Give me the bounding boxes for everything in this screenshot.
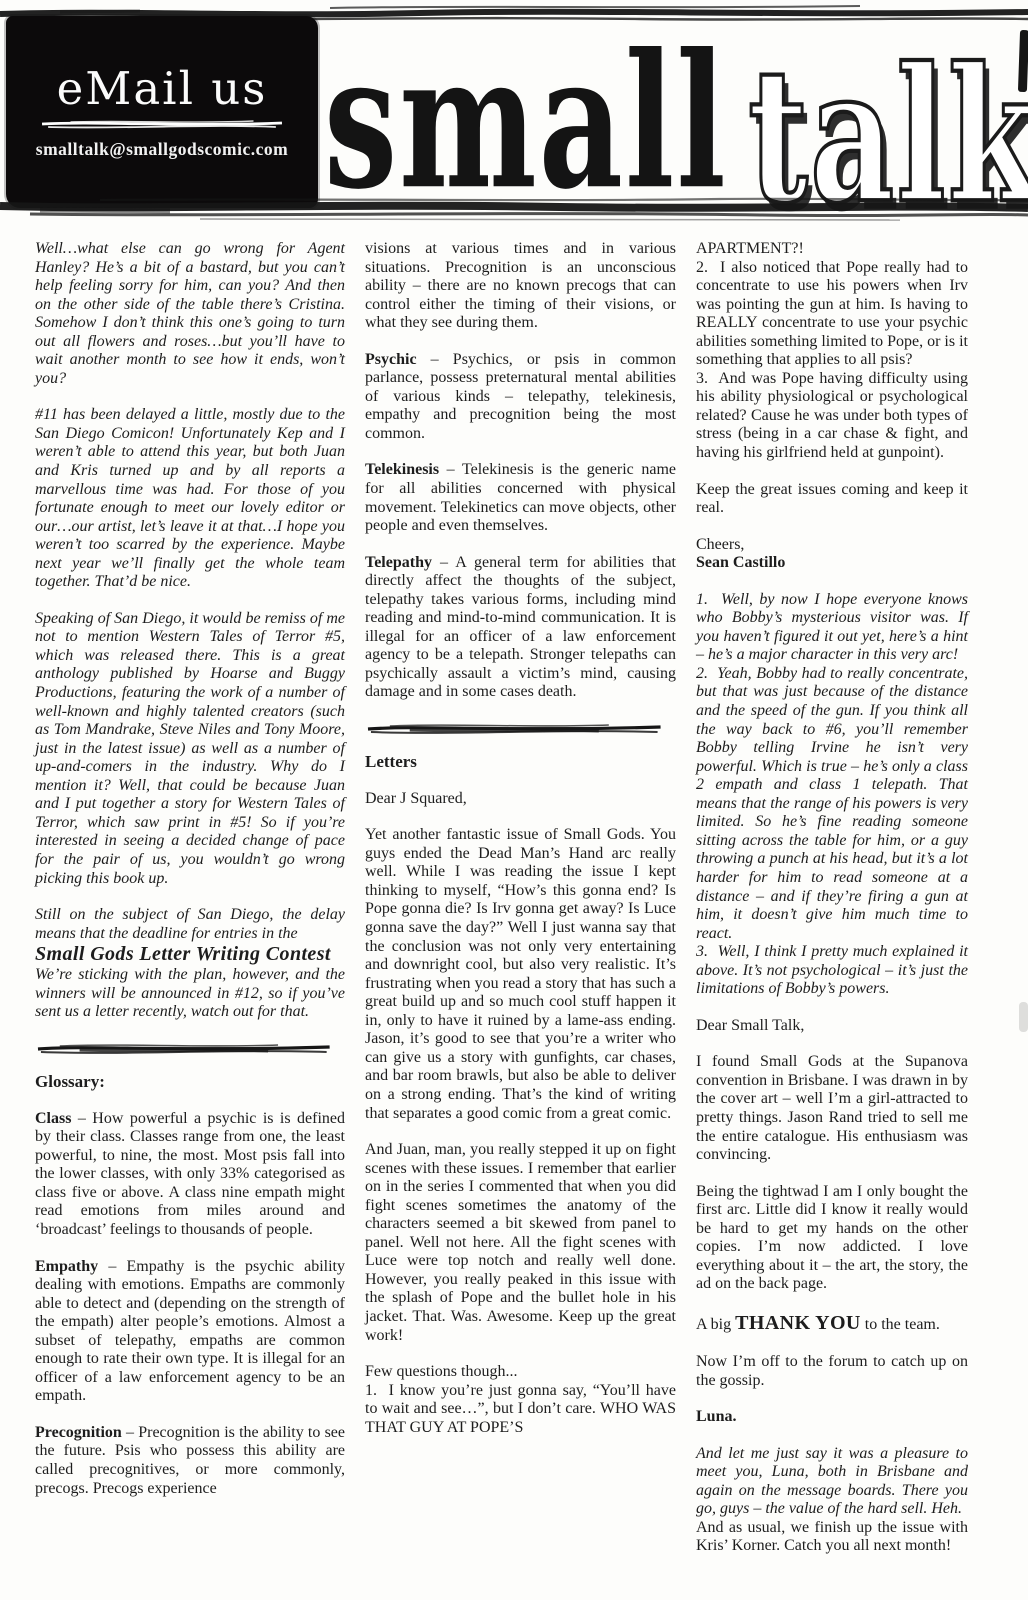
text-segment: THANK YOU — [735, 1312, 861, 1334]
paragraph: And Juan, man, you really stepped it up … — [365, 1141, 676, 1345]
logo-word-small: small — [324, 30, 728, 215]
paragraph: APARTMENT?!2. I also noticed that Pope r… — [696, 240, 968, 463]
paragraph: Being the tightwad I am I only bought th… — [696, 1183, 968, 1294]
scribble-divider — [35, 1040, 345, 1056]
text-segment: Telepathy — [365, 554, 432, 571]
text-segment: – How powerful a psychic is is defined b… — [35, 1110, 345, 1238]
text-segment: 3. And was Pope having difficulty using … — [696, 370, 968, 461]
email-underline-scribble — [40, 118, 284, 130]
text-segment: 2. Yeah, Bobby had to really concentrate… — [696, 665, 968, 942]
text-segment: Dear J Squared, — [365, 790, 467, 807]
text-segment: Class — [35, 1110, 71, 1127]
paragraph: Still on the subject of San Diego, the d… — [35, 906, 345, 1022]
text-segment: 1. Well, by now I hope everyone knows wh… — [696, 591, 968, 664]
text-segment: Speaking of San Diego, it would be remis… — [35, 610, 345, 887]
text-segment: And let me just say it was a pleasure to… — [696, 1445, 968, 1518]
text-segment: visions at various times and in various … — [365, 240, 676, 331]
paragraph: visions at various times and in various … — [365, 240, 676, 333]
text-segment: 1. I know you’re just gonna say, “You’ll… — [365, 1382, 676, 1436]
paragraph: Psychic – Psychics, or psis in common pa… — [365, 351, 676, 444]
text-segment: I found Small Gods at the Supanova conve… — [696, 1053, 968, 1163]
text-segment: Still on the subject of San Diego, the d… — [35, 906, 345, 942]
paragraph: Dear J Squared, — [365, 790, 676, 809]
text-segment: We’re sticking with the plan, however, a… — [35, 966, 345, 1020]
column-1: Well…what else can go wrong for Agent Ha… — [35, 240, 345, 1574]
letters-page: eMail us smalltalk@smallgodscomic.com sm… — [0, 0, 1028, 1600]
paragraph: 1. Well, by now I hope everyone knows wh… — [696, 591, 968, 999]
text-segment: – Empathy is the psychic ability dealing… — [35, 1258, 345, 1405]
paragraph: Class – How powerful a psychic is is def… — [35, 1110, 345, 1240]
paragraph: A big THANK YOU to the team. — [696, 1312, 968, 1335]
paragraph: Well…what else can go wrong for Agent Ha… — [35, 240, 345, 388]
text-segment: And Juan, man, you really stepped it up … — [365, 1141, 676, 1343]
paragraph: Speaking of San Diego, it would be remis… — [35, 610, 345, 888]
text-segment: Telekinesis — [365, 461, 439, 478]
text-segment: Luna. — [696, 1408, 736, 1425]
text-segment: Cheers, — [696, 536, 744, 553]
paragraph: Dear Small Talk, — [696, 1017, 968, 1036]
content-columns: Well…what else can go wrong for Agent Ha… — [0, 224, 1028, 1574]
email-address: smalltalk@smallgodscomic.com — [6, 139, 318, 160]
text-segment: to the team. — [861, 1316, 940, 1333]
email-us-box: eMail us smalltalk@smallgodscomic.com — [6, 16, 318, 208]
text-segment: Dear Small Talk, — [696, 1017, 804, 1034]
text-segment: Empathy — [35, 1258, 98, 1275]
scribble-divider — [365, 720, 676, 736]
paragraph: Few questions though...1. I know you’re … — [365, 1363, 676, 1437]
column-2: visions at various times and in various … — [365, 240, 676, 1574]
text-segment: Precognition — [35, 1424, 122, 1441]
text-segment: – A general term for abilities that dire… — [365, 554, 676, 701]
logo-word-talk: talk — [748, 44, 1028, 229]
paragraph: I found Small Gods at the Supanova conve… — [696, 1053, 968, 1164]
page-header: eMail us smalltalk@smallgodscomic.com sm… — [0, 0, 1028, 224]
paragraph: And let me just say it was a pleasure to… — [696, 1445, 968, 1556]
section-heading: Letters — [365, 752, 676, 772]
paragraph: Cheers,Sean Castillo — [696, 536, 968, 573]
section-heading: Glossary: — [35, 1072, 345, 1092]
text-segment: Now I’m off to the forum to catch up on … — [696, 1353, 968, 1389]
right-edge-ink-mark — [1018, 30, 1028, 92]
text-segment: Small Gods Letter Writing Contest — [35, 943, 331, 965]
paragraph: Now I’m off to the forum to catch up on … — [696, 1353, 968, 1390]
text-segment: #11 has been delayed a little, mostly du… — [35, 406, 345, 590]
text-segment: 3. Well, I think I pretty much explained… — [696, 943, 968, 997]
text-segment: And as usual, we finish up the issue wit… — [696, 1519, 968, 1555]
paragraph: Keep the great issues coming and keep it… — [696, 481, 968, 518]
paragraph: Precognition – Precognition is the abili… — [35, 1424, 345, 1498]
paragraph: Empathy – Empathy is the psychic ability… — [35, 1258, 345, 1406]
column-3: APARTMENT?!2. I also noticed that Pope r… — [696, 240, 968, 1574]
text-segment: 2. I also noticed that Pope really had t… — [696, 259, 968, 369]
text-segment: Sean Castillo — [696, 554, 785, 571]
paragraph: Luna. — [696, 1408, 968, 1427]
paragraph: #11 has been delayed a little, mostly du… — [35, 406, 345, 591]
paragraph: Telekinesis – Telekinesis is the generic… — [365, 461, 676, 535]
text-segment: Well…what else can go wrong for Agent Ha… — [35, 240, 345, 387]
text-segment: Being the tightwad I am I only bought th… — [696, 1183, 968, 1293]
text-segment: Keep the great issues coming and keep it… — [696, 481, 968, 517]
text-segment: Yet another fantastic issue of Small God… — [365, 826, 676, 1121]
text-segment: Psychic — [365, 351, 417, 368]
paper-edge-mark — [1019, 1002, 1028, 1032]
email-us-title: eMail us — [6, 66, 318, 111]
paragraph: Telepathy – A general term for abilities… — [365, 554, 676, 702]
paragraph: Yet another fantastic issue of Small God… — [365, 826, 676, 1123]
text-segment: APARTMENT?! — [696, 240, 804, 257]
text-segment: Few questions though... — [365, 1363, 517, 1380]
text-segment: A big — [696, 1316, 735, 1333]
